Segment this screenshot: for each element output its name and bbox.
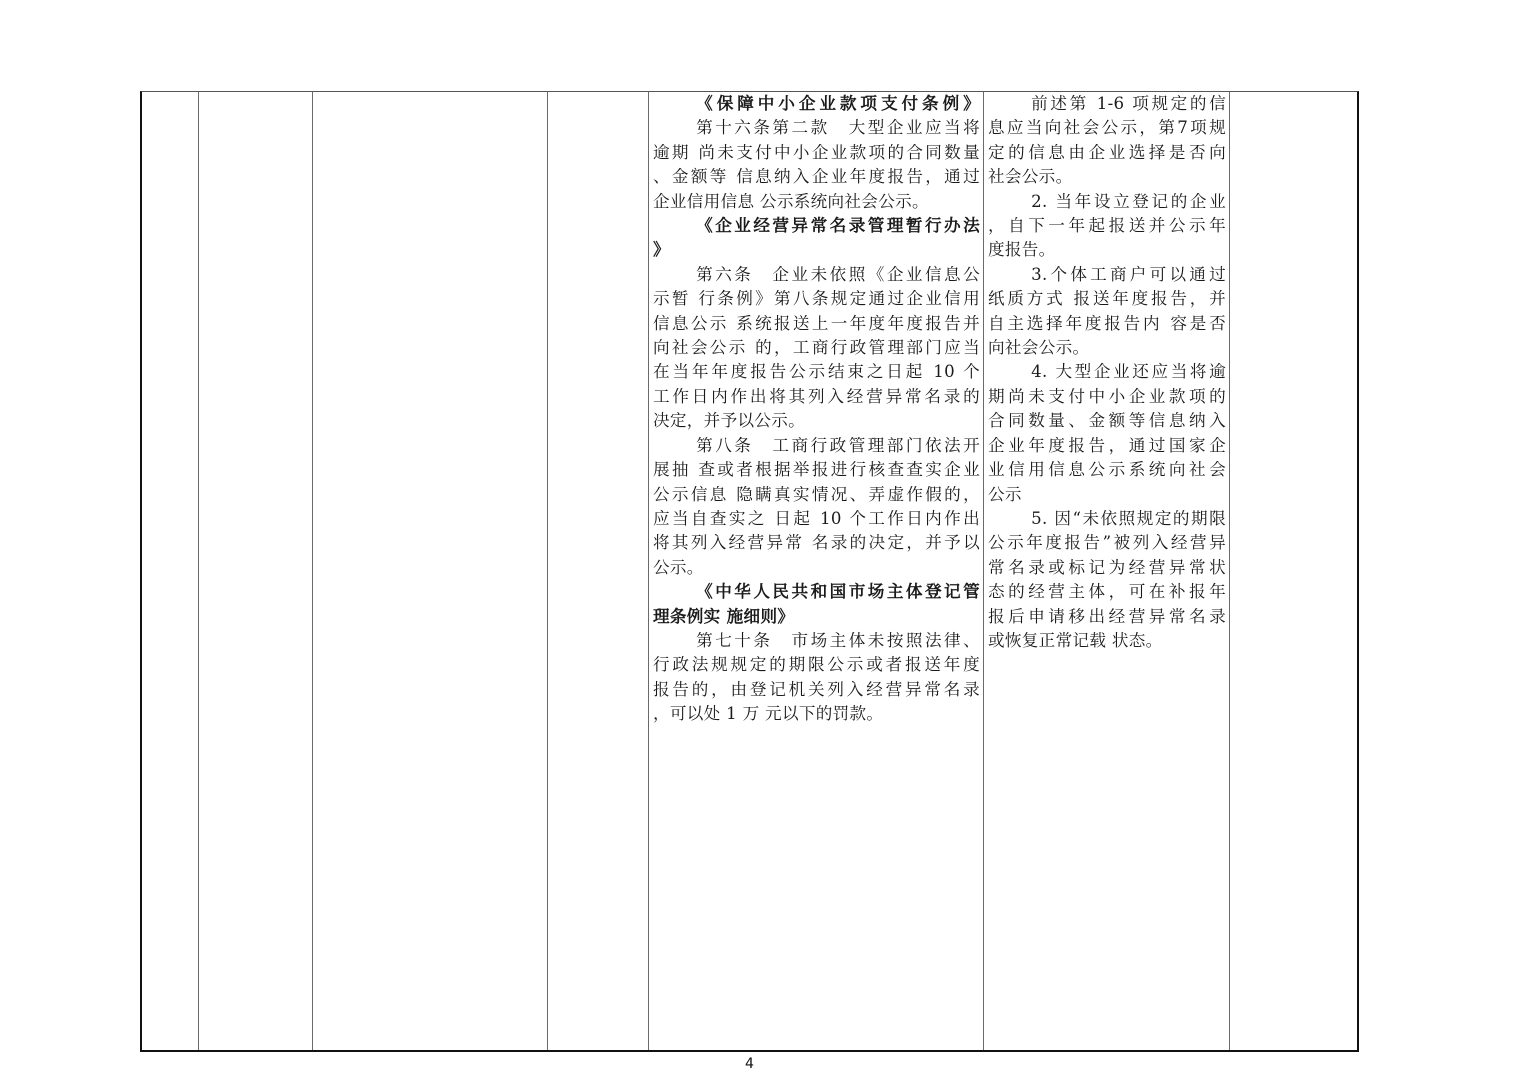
text-line: 报后申请移出经营异常名录 — [988, 605, 1226, 629]
text-line: 逾期 尚未支付中小企业款项的合同数量 — [653, 141, 980, 165]
text-line: 或恢复正常记载 状态。 — [988, 629, 1226, 653]
text-line: 第七十条 市场主体未按照法律、 — [653, 629, 980, 653]
text-line: 业信用信息公示系统向社会 — [988, 458, 1226, 482]
text-line: 合同数量、金额等信息纳入 — [988, 409, 1226, 433]
text-line: 向社会公示 的，工商行政管理部门应当 — [653, 336, 980, 360]
text-line: 示暂 行条例》第八条规定通过企业信用 — [653, 287, 980, 311]
text-line: 企业信用信息 公示系统向社会公示。 — [653, 190, 980, 214]
text-line: ，可以处 1 万 元以下的罚款。 — [653, 702, 980, 726]
table-column-7 — [1230, 92, 1359, 1050]
law-title: 《保障中小企业款项支付条例》 — [653, 92, 980, 116]
text-line: 第十六条第二款 大型企业应当将 — [653, 116, 980, 140]
text-line: 息应当向社会公示，第7项规 — [988, 116, 1226, 140]
text-line: 社会公示。 — [988, 165, 1226, 189]
text-line: 3.个体工商户可以通过 — [988, 263, 1226, 287]
text-line: 向社会公示。 — [988, 336, 1226, 360]
text-line: 公示年度报告”被列入经营异 — [988, 531, 1226, 555]
text-line: 定的信息由企业选择是否向 — [988, 141, 1226, 165]
text-line: 工作日内作出将其列入经营异常名录的 — [653, 385, 980, 409]
table-column-legal-basis: 《保障中小企业款项支付条例》第十六条第二款 大型企业应当将逾期 尚未支付中小企业… — [649, 92, 984, 1050]
text-line: 5. 因“未依照规定的期限 — [988, 507, 1226, 531]
legal-basis-text: 《保障中小企业款项支付条例》第十六条第二款 大型企业应当将逾期 尚未支付中小企业… — [653, 92, 980, 727]
table-column-notes: 前述第 1-6 项规定的信息应当向社会公示，第7项规定的信息由企业选择是否向社会… — [984, 92, 1230, 1050]
table-column-4 — [548, 92, 649, 1050]
text-line: 度报告。 — [988, 238, 1226, 262]
text-line: 第八条 工商行政管理部门依法开 — [653, 434, 980, 458]
law-title: 理条例实 施细则》 — [653, 605, 980, 629]
text-line: 信息公示 系统报送上一年度年度报告并 — [653, 312, 980, 336]
text-line: ，自下一年起报送并公示年 — [988, 214, 1226, 238]
text-line: 应当自查实之 日起 10 个工作日内作出 — [653, 507, 980, 531]
table-column-2 — [199, 92, 313, 1050]
page-number: 4 — [745, 1056, 754, 1072]
text-line: 、金额等 信息纳入企业年度报告，通过 — [653, 165, 980, 189]
text-line: 公示信息 隐瞒真实情况、弄虚作假的， — [653, 483, 980, 507]
text-line: 态的经营主体，可在补报年 — [988, 580, 1226, 604]
law-title: 《中华人民共和国市场主体登记管 — [653, 580, 980, 604]
regulation-table: 《保障中小企业款项支付条例》第十六条第二款 大型企业应当将逾期 尚未支付中小企业… — [140, 91, 1359, 1052]
table-column-1 — [142, 92, 199, 1050]
text-line: 公示。 — [653, 556, 980, 580]
text-line: 2. 当年设立登记的企业 — [988, 190, 1226, 214]
text-line: 常名录或标记为经营异常状 — [988, 556, 1226, 580]
text-line: 行政法规规定的期限公示或者报送年度 — [653, 653, 980, 677]
notes-text: 前述第 1-6 项规定的信息应当向社会公示，第7项规定的信息由企业选择是否向社会… — [988, 92, 1226, 653]
text-line: 报告的，由登记机关列入经营异常名录 — [653, 678, 980, 702]
text-line: 第六条 企业未依照《企业信息公 — [653, 263, 980, 287]
text-line: 期尚未支付中小企业款项的 — [988, 385, 1226, 409]
text-line: 4. 大型企业还应当将逾 — [988, 360, 1226, 384]
law-title: 》 — [653, 238, 980, 262]
text-line: 展抽 查或者根据举报进行核查查实企业 — [653, 458, 980, 482]
text-line: 前述第 1-6 项规定的信 — [988, 92, 1226, 116]
text-line: 决定，并予以公示。 — [653, 409, 980, 433]
table-column-3 — [313, 92, 548, 1050]
text-line: 公示 — [988, 483, 1226, 507]
text-line: 在当年年度报告公示结束之日起 10 个 — [653, 360, 980, 384]
text-line: 自主选择年度报告内 容是否 — [988, 312, 1226, 336]
text-line: 纸质方式 报送年度报告，并 — [988, 287, 1226, 311]
law-title: 《企业经营异常名录管理暂行办法 — [653, 214, 980, 238]
text-line: 将其列入经营异常 名录的决定，并予以 — [653, 531, 980, 555]
text-line: 企业年度报告，通过国家企 — [988, 434, 1226, 458]
